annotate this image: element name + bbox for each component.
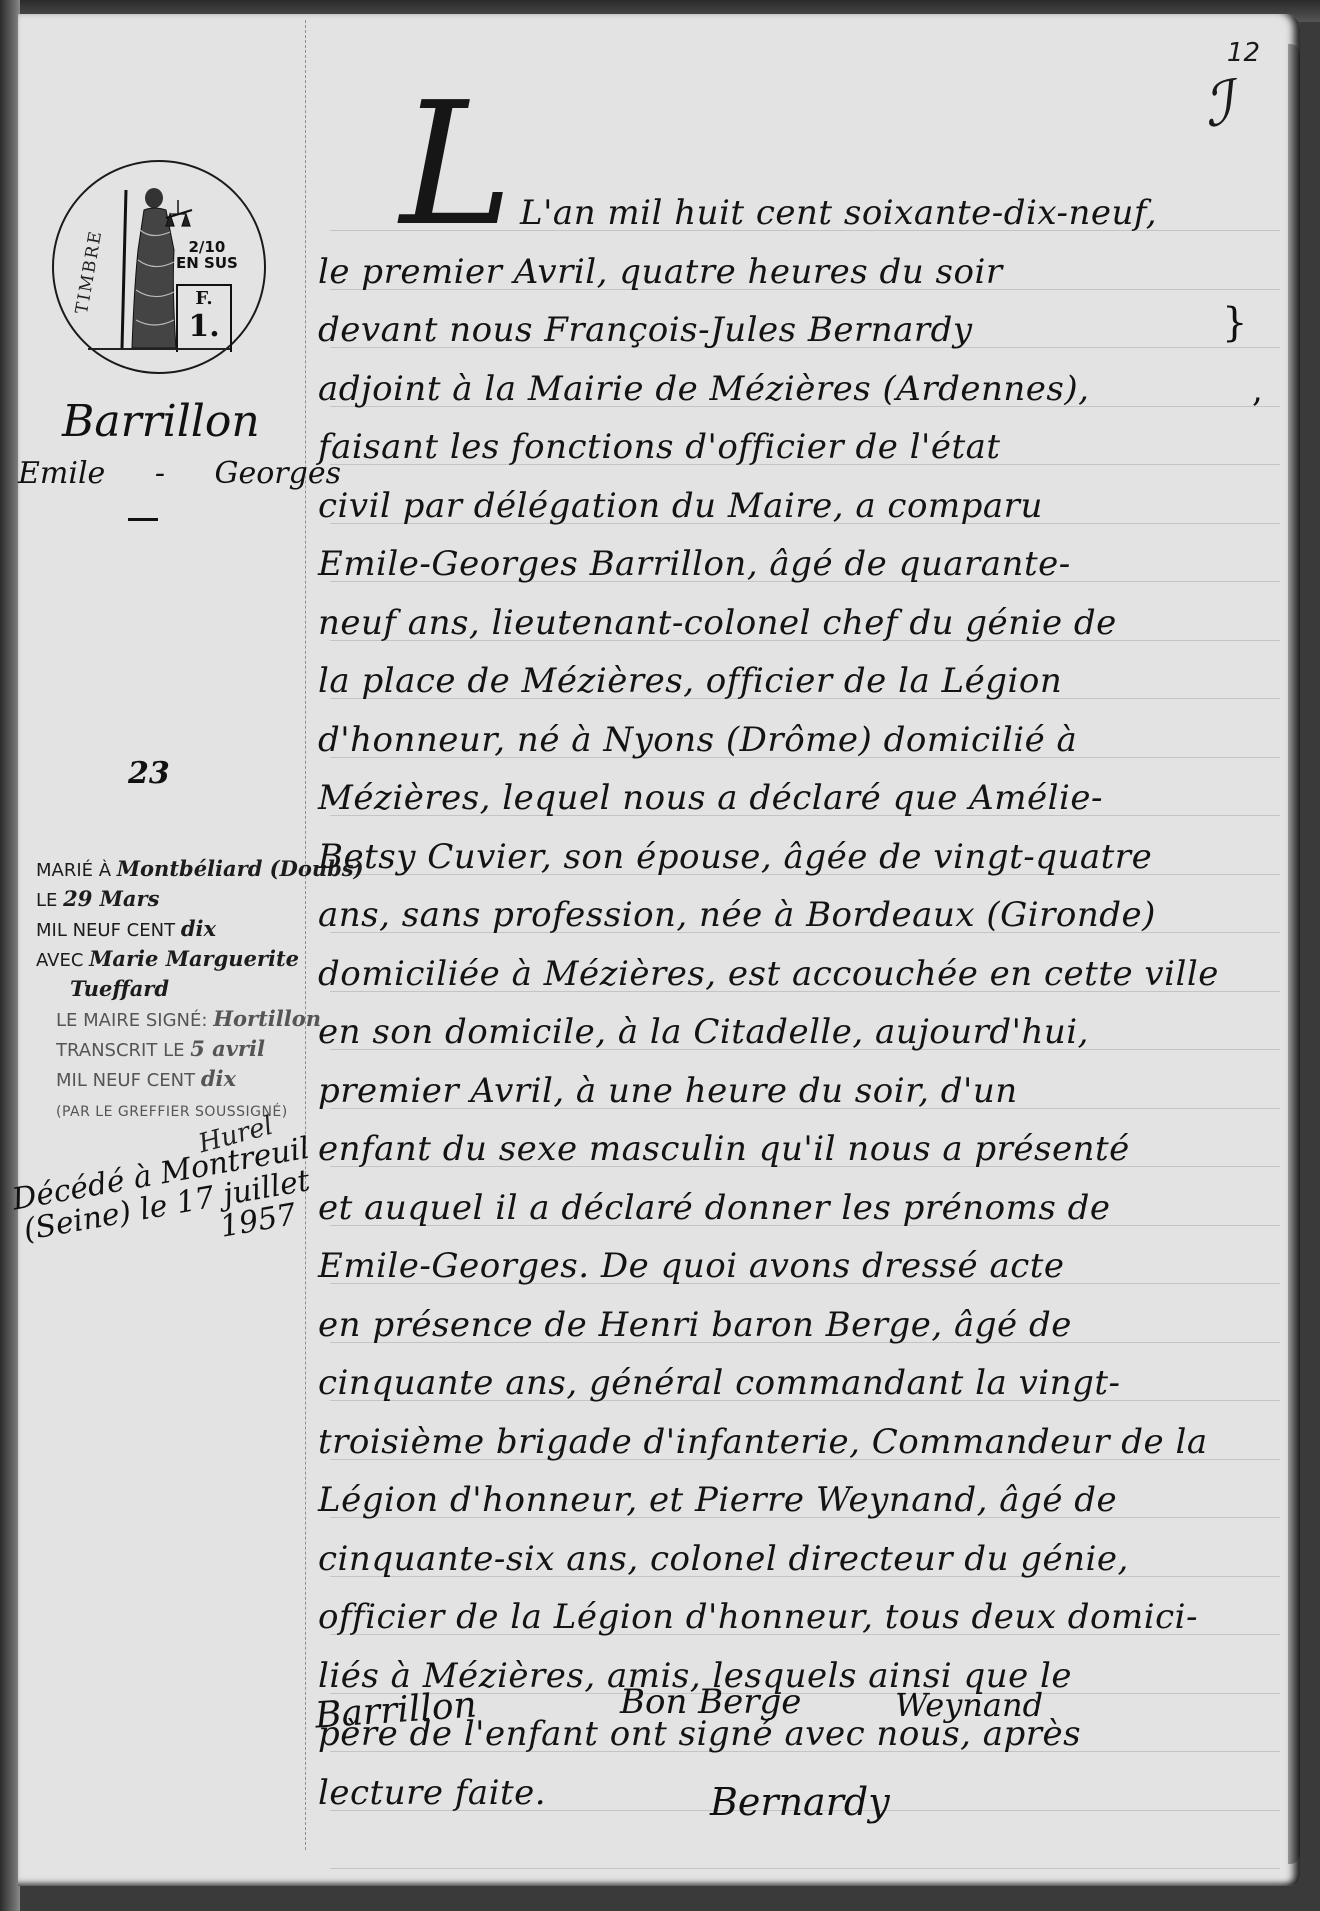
printed-text: MARIÉ À (36, 860, 117, 881)
stamp-value: F. 1. (176, 284, 232, 352)
fiscal-stamp: TIMBRE 2/10 EN SUS F. 1. (52, 160, 266, 374)
act-line: troisième brigade d'infanterie, Commande… (318, 1425, 1258, 1459)
handwritten-text: Tueffard (70, 976, 169, 1001)
printed-text: MIL NEUF CENT (36, 920, 181, 941)
act-line: le premier Avril, quatre heures du soir (318, 255, 1258, 289)
handwritten-text: Marie Marguerite (89, 946, 299, 971)
act-line: neuf ans, lieutenant-colonel chef du gén… (318, 606, 1258, 640)
margin-surname: Barrillon (62, 396, 260, 447)
printed-text: MIL NEUF CENT (56, 1070, 201, 1091)
act-line: L'an mil huit cent soixante-dix-neuf, (520, 196, 1320, 230)
flourish-mark: , (1252, 370, 1263, 410)
handwritten-text: 5 avril (190, 1036, 265, 1061)
annotation-line: MARIÉ À Montbéliard (Doubs) (36, 858, 364, 880)
printed-text: LE (36, 890, 63, 911)
drop-cap: L (400, 80, 513, 250)
act-line: faisant les fonctions d'officier de l'ét… (318, 430, 1258, 464)
act-line: la place de Mézières, officier de la Lég… (318, 664, 1258, 698)
printed-text: LE MAIRE SIGNÉ: (56, 1010, 213, 1031)
signature-witness-berge: Bon Berge (620, 1682, 801, 1722)
printed-text: AVEC (36, 950, 89, 971)
act-line: domiciliée à Mézières, est accouchée en … (318, 957, 1258, 991)
ruled-line (330, 1868, 1280, 1869)
act-line: en son domicile, à la Citadelle, aujourd… (318, 1015, 1258, 1049)
act-line: enfant du sexe masculin qu'il nous a pré… (318, 1132, 1258, 1166)
signature-officer-bernardy: Bernardy (710, 1780, 890, 1824)
act-line: adjoint à la Mairie de Mézières (Ardenne… (318, 372, 1258, 406)
stamp-label: TIMBRE (72, 228, 106, 315)
act-line: civil par délégation du Maire, a comparu (318, 489, 1258, 523)
page-edge (1288, 44, 1300, 1864)
signature-witness-weynand: Weynand (895, 1686, 1043, 1724)
act-line: d'honneur, né à Nyons (Drôme) domicilié … (318, 723, 1258, 757)
annotation-line: TRANSCRIT LE 5 avril (56, 1038, 265, 1060)
act-line: en présence de Henri baron Berge, âgé de (318, 1308, 1258, 1342)
annotation-line: LE MAIRE SIGNÉ: Hortillon (56, 1008, 321, 1030)
handwritten-text: dix (181, 916, 216, 941)
folio-number: 12 (1227, 38, 1260, 68)
printed-text: TRANSCRIT LE (56, 1040, 190, 1061)
act-line: cinquante ans, général commandant la vin… (318, 1366, 1258, 1400)
act-number: 23 (128, 756, 170, 791)
handwritten-text: dix (201, 1066, 236, 1091)
act-line: devant nous François-Jules Bernardy (318, 313, 1258, 347)
margin-given-names: Emile - Georges (18, 456, 341, 491)
stamp-base (88, 348, 230, 350)
handwritten-text: 29 Mars (63, 886, 159, 911)
annotation-line: LE 29 Mars (36, 888, 159, 910)
stamp-surcharge: 2/10 EN SUS (176, 240, 238, 272)
act-line: Emile-Georges Barrillon, âgé de quarante… (318, 547, 1258, 581)
annotation-line: MIL NEUF CENT dix (56, 1068, 236, 1090)
handwritten-text: Hortillon (213, 1006, 321, 1031)
margin-dash (128, 518, 158, 521)
book-binding-left (0, 0, 20, 1911)
act-line: premier Avril, à une heure du soir, d'un (318, 1074, 1258, 1108)
annotation-line: MIL NEUF CENT dix (36, 918, 216, 940)
act-line: officier de la Légion d'honneur, tous de… (318, 1600, 1258, 1634)
act-line: cinquante-six ans, colonel directeur du … (318, 1542, 1258, 1576)
act-line: Légion d'honneur, et Pierre Weynand, âgé… (318, 1483, 1258, 1517)
act-line: et auquel il a déclaré donner les prénom… (318, 1191, 1258, 1225)
margin-rule (305, 20, 306, 1850)
act-line: Mézières, lequel nous a déclaré que Amél… (318, 781, 1258, 815)
annotation-line: AVEC Marie Marguerite (36, 948, 299, 970)
act-line: Emile-Georges. De quoi avons dressé acte (318, 1249, 1258, 1283)
annotation-line: Tueffard (70, 978, 169, 1000)
act-line: Betsy Cuvier, son épouse, âgée de vingt-… (318, 840, 1258, 874)
act-line: ans, sans profession, née à Bordeaux (Gi… (318, 898, 1258, 932)
flourish-mark: } (1222, 300, 1247, 346)
